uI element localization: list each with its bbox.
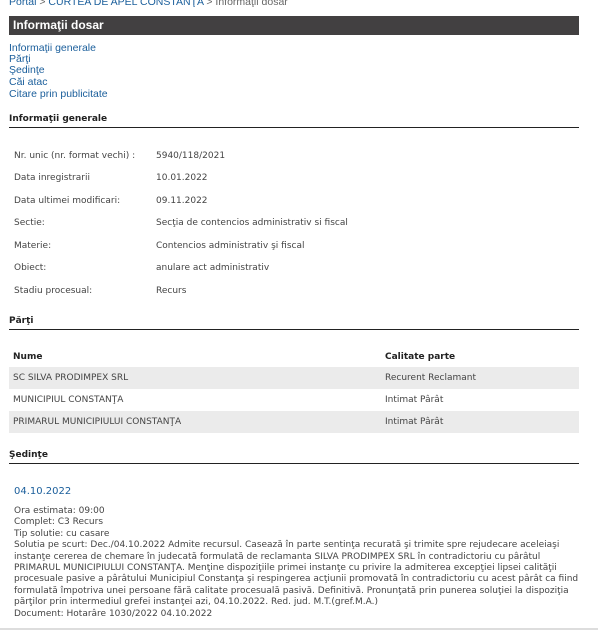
info-label: Sectie: <box>14 218 45 228</box>
info-value: 5940/118/2021 <box>156 151 225 161</box>
section-title-parti: Părţi <box>9 316 579 330</box>
info-value: Contencios administrativ şi fiscal <box>156 241 305 251</box>
sedinta-tip-solutie: Tip solutie: cu casare <box>14 529 594 540</box>
section-title-general: Informaţii generale <box>9 114 579 128</box>
sedinta-document: Document: Hotarâre 1030/2022 04.10.2022 <box>14 609 594 620</box>
info-label: Nr. unic (nr. format vechi) : <box>14 151 135 161</box>
sedinta-solutie-line: instanţe cererea de chemare în judecată … <box>14 552 594 563</box>
sedinta-complet: Complet: C3 Recurs <box>14 517 594 528</box>
info-value: 10.01.2022 <box>156 173 208 183</box>
table-header-row: Nume Calitate parte <box>9 346 579 367</box>
party-role: Recurent Reclamant <box>381 367 579 389</box>
breadcrumb-court[interactable]: CURTEA DE APEL CONSTANŢA <box>48 0 203 8</box>
party-role: Intimat Pârât <box>381 389 579 411</box>
sedinta-solutie-line: formulată împotriva unei persoane fără c… <box>14 586 594 597</box>
party-name: PRIMARUL MUNICIPIULUI CONSTANŢA <box>9 411 381 433</box>
info-label: Materie: <box>14 241 51 251</box>
party-role: Intimat Pârât <box>381 411 579 433</box>
breadcrumb-current: Informaţii dosar <box>215 0 287 8</box>
sedinta-solutie-line: procesuale pasive a pârâtului Municipiul… <box>14 574 594 585</box>
parti-table: Nume Calitate parte SC SILVA PRODIMPEX S… <box>9 346 579 433</box>
info-value: Secţia de contencios administrativ si fi… <box>156 218 348 228</box>
sedinta-date: 04.10.2022 <box>14 486 594 497</box>
table-row: MUNICIPIUL CONSTANŢA Intimat Pârât <box>9 389 579 411</box>
breadcrumb-portal[interactable]: Portal <box>9 0 36 8</box>
sedinta-solutie-line: Solutia pe scurt: Dec./04.10.2022 Admite… <box>14 540 594 551</box>
sedinta-solutie-line: părţilor prin intermediul grefei instanţ… <box>14 597 594 608</box>
party-name: MUNICIPIUL CONSTANŢA <box>9 389 381 411</box>
info-label: Data ultimei modificari: <box>14 196 120 206</box>
info-label: Data inregistrarii <box>14 173 90 183</box>
info-label: Obiect: <box>14 263 46 273</box>
info-value: anulare act administrativ <box>156 263 269 273</box>
nav-citare-publicitate[interactable]: Citare prin publicitate <box>9 89 108 100</box>
info-value: 09.11.2022 <box>156 196 208 206</box>
nav-sedinte[interactable]: Şedinţe <box>9 65 108 76</box>
section-title-sedinte: Şedinţe <box>9 450 579 464</box>
party-name: SC SILVA PRODIMPEX SRL <box>9 367 381 389</box>
breadcrumb-separator: > <box>206 0 212 8</box>
table-row: SC SILVA PRODIMPEX SRL Recurent Reclaman… <box>9 367 579 389</box>
column-header-nume: Nume <box>9 346 381 367</box>
page-title: Informaţii dosar <box>9 16 579 35</box>
breadcrumb: Portal > CURTEA DE APEL CONSTANŢA > Info… <box>9 0 288 8</box>
sedinta-ora: Ora estimata: 09:00 <box>14 506 594 517</box>
column-header-calitate: Calitate parte <box>381 346 579 367</box>
info-value: Recurs <box>156 286 186 296</box>
breadcrumb-separator: > <box>39 0 45 8</box>
table-row: PRIMARUL MUNICIPIULUI CONSTANŢA Intimat … <box>9 411 579 433</box>
info-label: Stadiu procesual: <box>14 286 92 296</box>
section-nav: Informaţii generale Părţi Şedinţe Căi at… <box>9 43 108 100</box>
sedinta-solutie-line: PRIMARUL MUNICIPIULUI CONSTANŢA. Menţine… <box>14 563 594 574</box>
sedinta-item: 04.10.2022 Ora estimata: 09:00 Complet: … <box>14 486 594 620</box>
nav-cai-atac[interactable]: Căi atac <box>9 77 108 88</box>
